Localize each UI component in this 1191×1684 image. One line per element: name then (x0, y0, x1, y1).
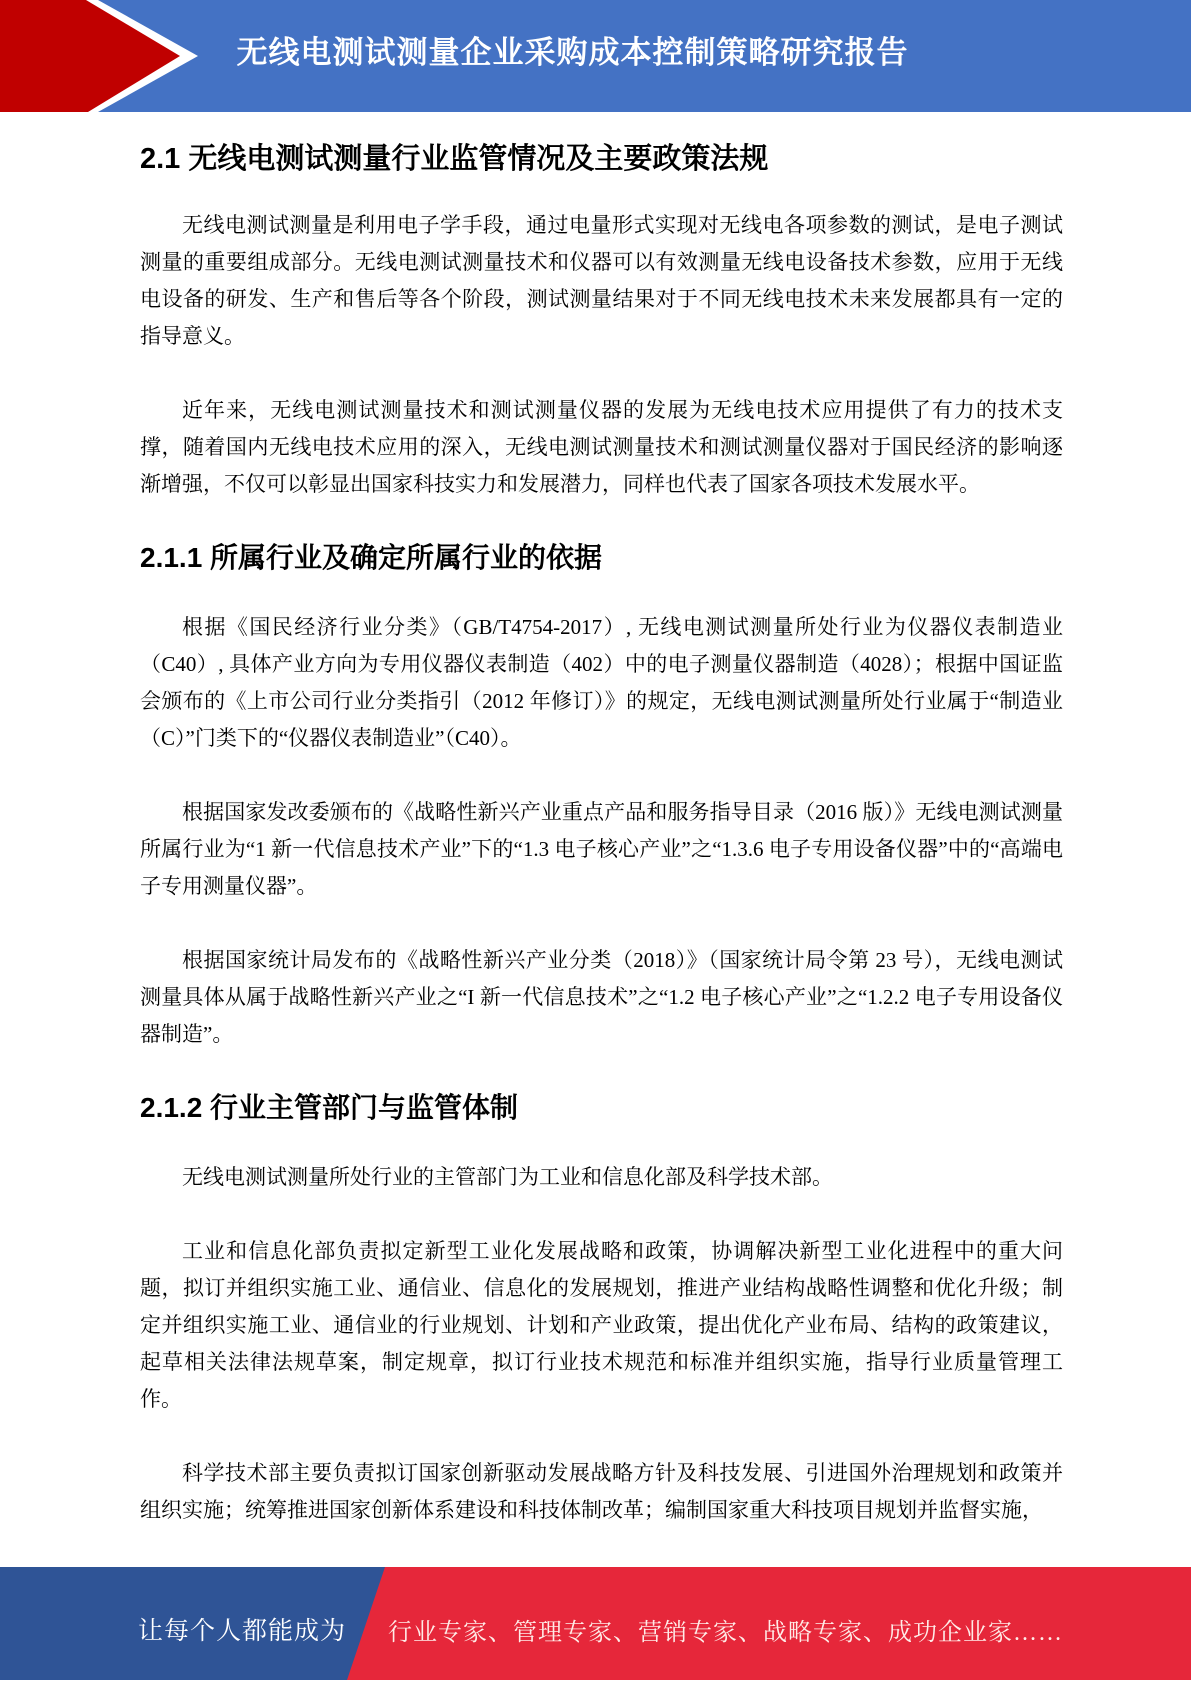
section-heading-2-1: 2.1 无线电测试测量行业监管情况及主要政策法规 (140, 141, 1063, 177)
paragraph-8: 科学技术部主要负责拟订国家创新驱动发展战略方针及科技发展、引进国外治理规划和政策… (140, 1455, 1063, 1529)
footer-band: 让每个人都能成为 行业专家、管理专家、营销专家、战略专家、成功企业家…… (0, 1567, 1191, 1680)
report-title: 无线电测试测量企业采购成本控制策略研究报告 (0, 27, 1191, 72)
report-page: 无线电测试测量企业采购成本控制策略研究报告 2.1 无线电测试测量行业监管情况及… (0, 0, 1191, 1684)
paragraph-7: 工业和信息化部负责拟定新型工业化发展战略和政策，协调解决新型工业化进程中的重大问… (140, 1233, 1063, 1418)
paragraph-5: 根据国家统计局发布的《战略性新兴产业分类（2018）》（国家统计局令第 23 号… (140, 942, 1063, 1053)
paragraph-1: 无线电测试测量是利用电子学手段，通过电量形式实现对无线电各项参数的测试，是电子测… (140, 207, 1063, 355)
document-body: 2.1 无线电测试测量行业监管情况及主要政策法规 无线电测试测量是利用电子学手段… (140, 112, 1063, 1596)
paragraph-3: 根据《国民经济行业分类》（GB/T4754-2017）, 无线电测试测量所处行业… (140, 609, 1063, 757)
paragraph-4: 根据国家发改委颁布的《战略性新兴产业重点产品和服务指导目录（2016 版）》无线… (140, 794, 1063, 905)
paragraph-6: 无线电测试测量所处行业的主管部门为工业和信息化部及科学技术部。 (140, 1159, 1063, 1196)
footer-slogan-right: 行业专家、管理专家、营销专家、战略专家、成功企业家…… (388, 1612, 1063, 1647)
footer-slogan-left: 让每个人都能成为 (0, 1611, 346, 1647)
section-heading-2-1-1: 2.1.1 所属行业及确定所属行业的依据 (140, 540, 1063, 576)
section-heading-2-1-2: 2.1.2 行业主管部门与监管体制 (140, 1090, 1063, 1126)
header-band: 无线电测试测量企业采购成本控制策略研究报告 (0, 0, 1191, 112)
paragraph-2: 近年来，无线电测试测量技术和测试测量仪器的发展为无线电技术应用提供了有力的技术支… (140, 392, 1063, 503)
